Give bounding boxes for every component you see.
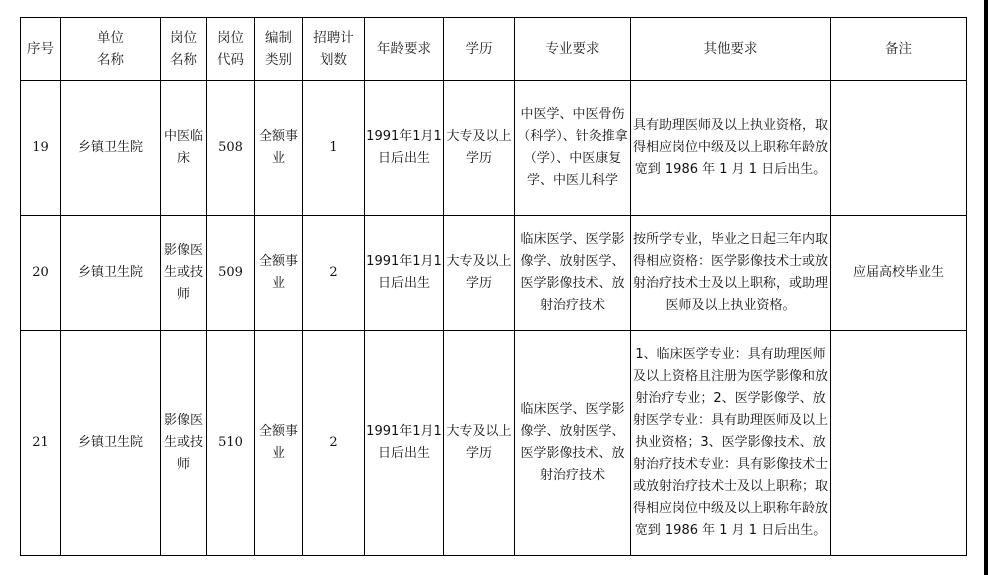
cell-seq: 19 [21,81,61,216]
cell-seq: 20 [21,216,61,331]
header-age: 年龄要求 [365,18,444,81]
header-row: 序号 单位名称 岗位名称 岗位代码 编制类别 招聘计划数 年龄要求 学历 专业要… [21,18,967,81]
cell-other: 具有助理医师及以上执业资格，取得相应岗位中级及以上职称年龄放宽到 1986 年 … [631,81,831,216]
cell-count: 1 [303,81,365,216]
cell-age: 1991年1月1日后出生 [365,331,444,556]
cell-code: 508 [207,81,255,216]
cell-remark [831,331,967,556]
header-count: 招聘计划数 [303,18,365,81]
table-row: 20 乡镇卫生院 影像医生或技师 509 全额事业 2 1991年1月1日后出生… [21,216,967,331]
cell-education: 大专及以上学历 [444,81,515,216]
cell-remark: 应届高校毕业生 [831,216,967,331]
page-edge-bar [984,0,988,575]
cell-category: 全额事业 [255,331,303,556]
recruitment-table: 序号 单位名称 岗位名称 岗位代码 编制类别 招聘计划数 年龄要求 学历 专业要… [20,17,967,556]
cell-other: 1、临床医学专业：具有助理医师及以上资格且注册为医学影像和放射治疗专业；2、医学… [631,331,831,556]
header-code: 岗位代码 [207,18,255,81]
header-major: 专业要求 [515,18,631,81]
cell-major: 中医学、中医骨伤（科学）、针灸推拿（学）、中医康复学、中医儿科学 [515,81,631,216]
cell-seq: 21 [21,331,61,556]
cell-unit: 乡镇卫生院 [61,331,161,556]
cell-education: 大专及以上学历 [444,331,515,556]
cell-category: 全额事业 [255,81,303,216]
cell-category: 全额事业 [255,216,303,331]
table-row: 21 乡镇卫生院 影像医生或技师 510 全额事业 2 1991年1月1日后出生… [21,331,967,556]
cell-remark [831,81,967,216]
cell-code: 510 [207,331,255,556]
header-position: 岗位名称 [161,18,207,81]
table-row: 19 乡镇卫生院 中医临床 508 全额事业 1 1991年1月1日后出生 大专… [21,81,967,216]
cell-position: 中医临床 [161,81,207,216]
cell-education: 大专及以上学历 [444,216,515,331]
cell-position: 影像医生或技师 [161,216,207,331]
header-education: 学历 [444,18,515,81]
cell-age: 1991年1月1日后出生 [365,216,444,331]
header-remark: 备注 [831,18,967,81]
header-seq: 序号 [21,18,61,81]
cell-major: 临床医学、医学影像学、放射医学、医学影像技术、放射治疗技术 [515,216,631,331]
header-category: 编制类别 [255,18,303,81]
cell-count: 2 [303,216,365,331]
cell-major: 临床医学、医学影像学、放射医学、医学影像技术、放射治疗技术 [515,331,631,556]
cell-unit: 乡镇卫生院 [61,216,161,331]
cell-count: 2 [303,331,365,556]
header-other: 其他要求 [631,18,831,81]
cell-unit: 乡镇卫生院 [61,81,161,216]
cell-age: 1991年1月1日后出生 [365,81,444,216]
cell-position: 影像医生或技师 [161,331,207,556]
cell-other: 按所学专业，毕业之日起三年内取得相应资格：医学影像技术士或放射治疗技术士及以上职… [631,216,831,331]
header-unit: 单位名称 [61,18,161,81]
cell-code: 509 [207,216,255,331]
